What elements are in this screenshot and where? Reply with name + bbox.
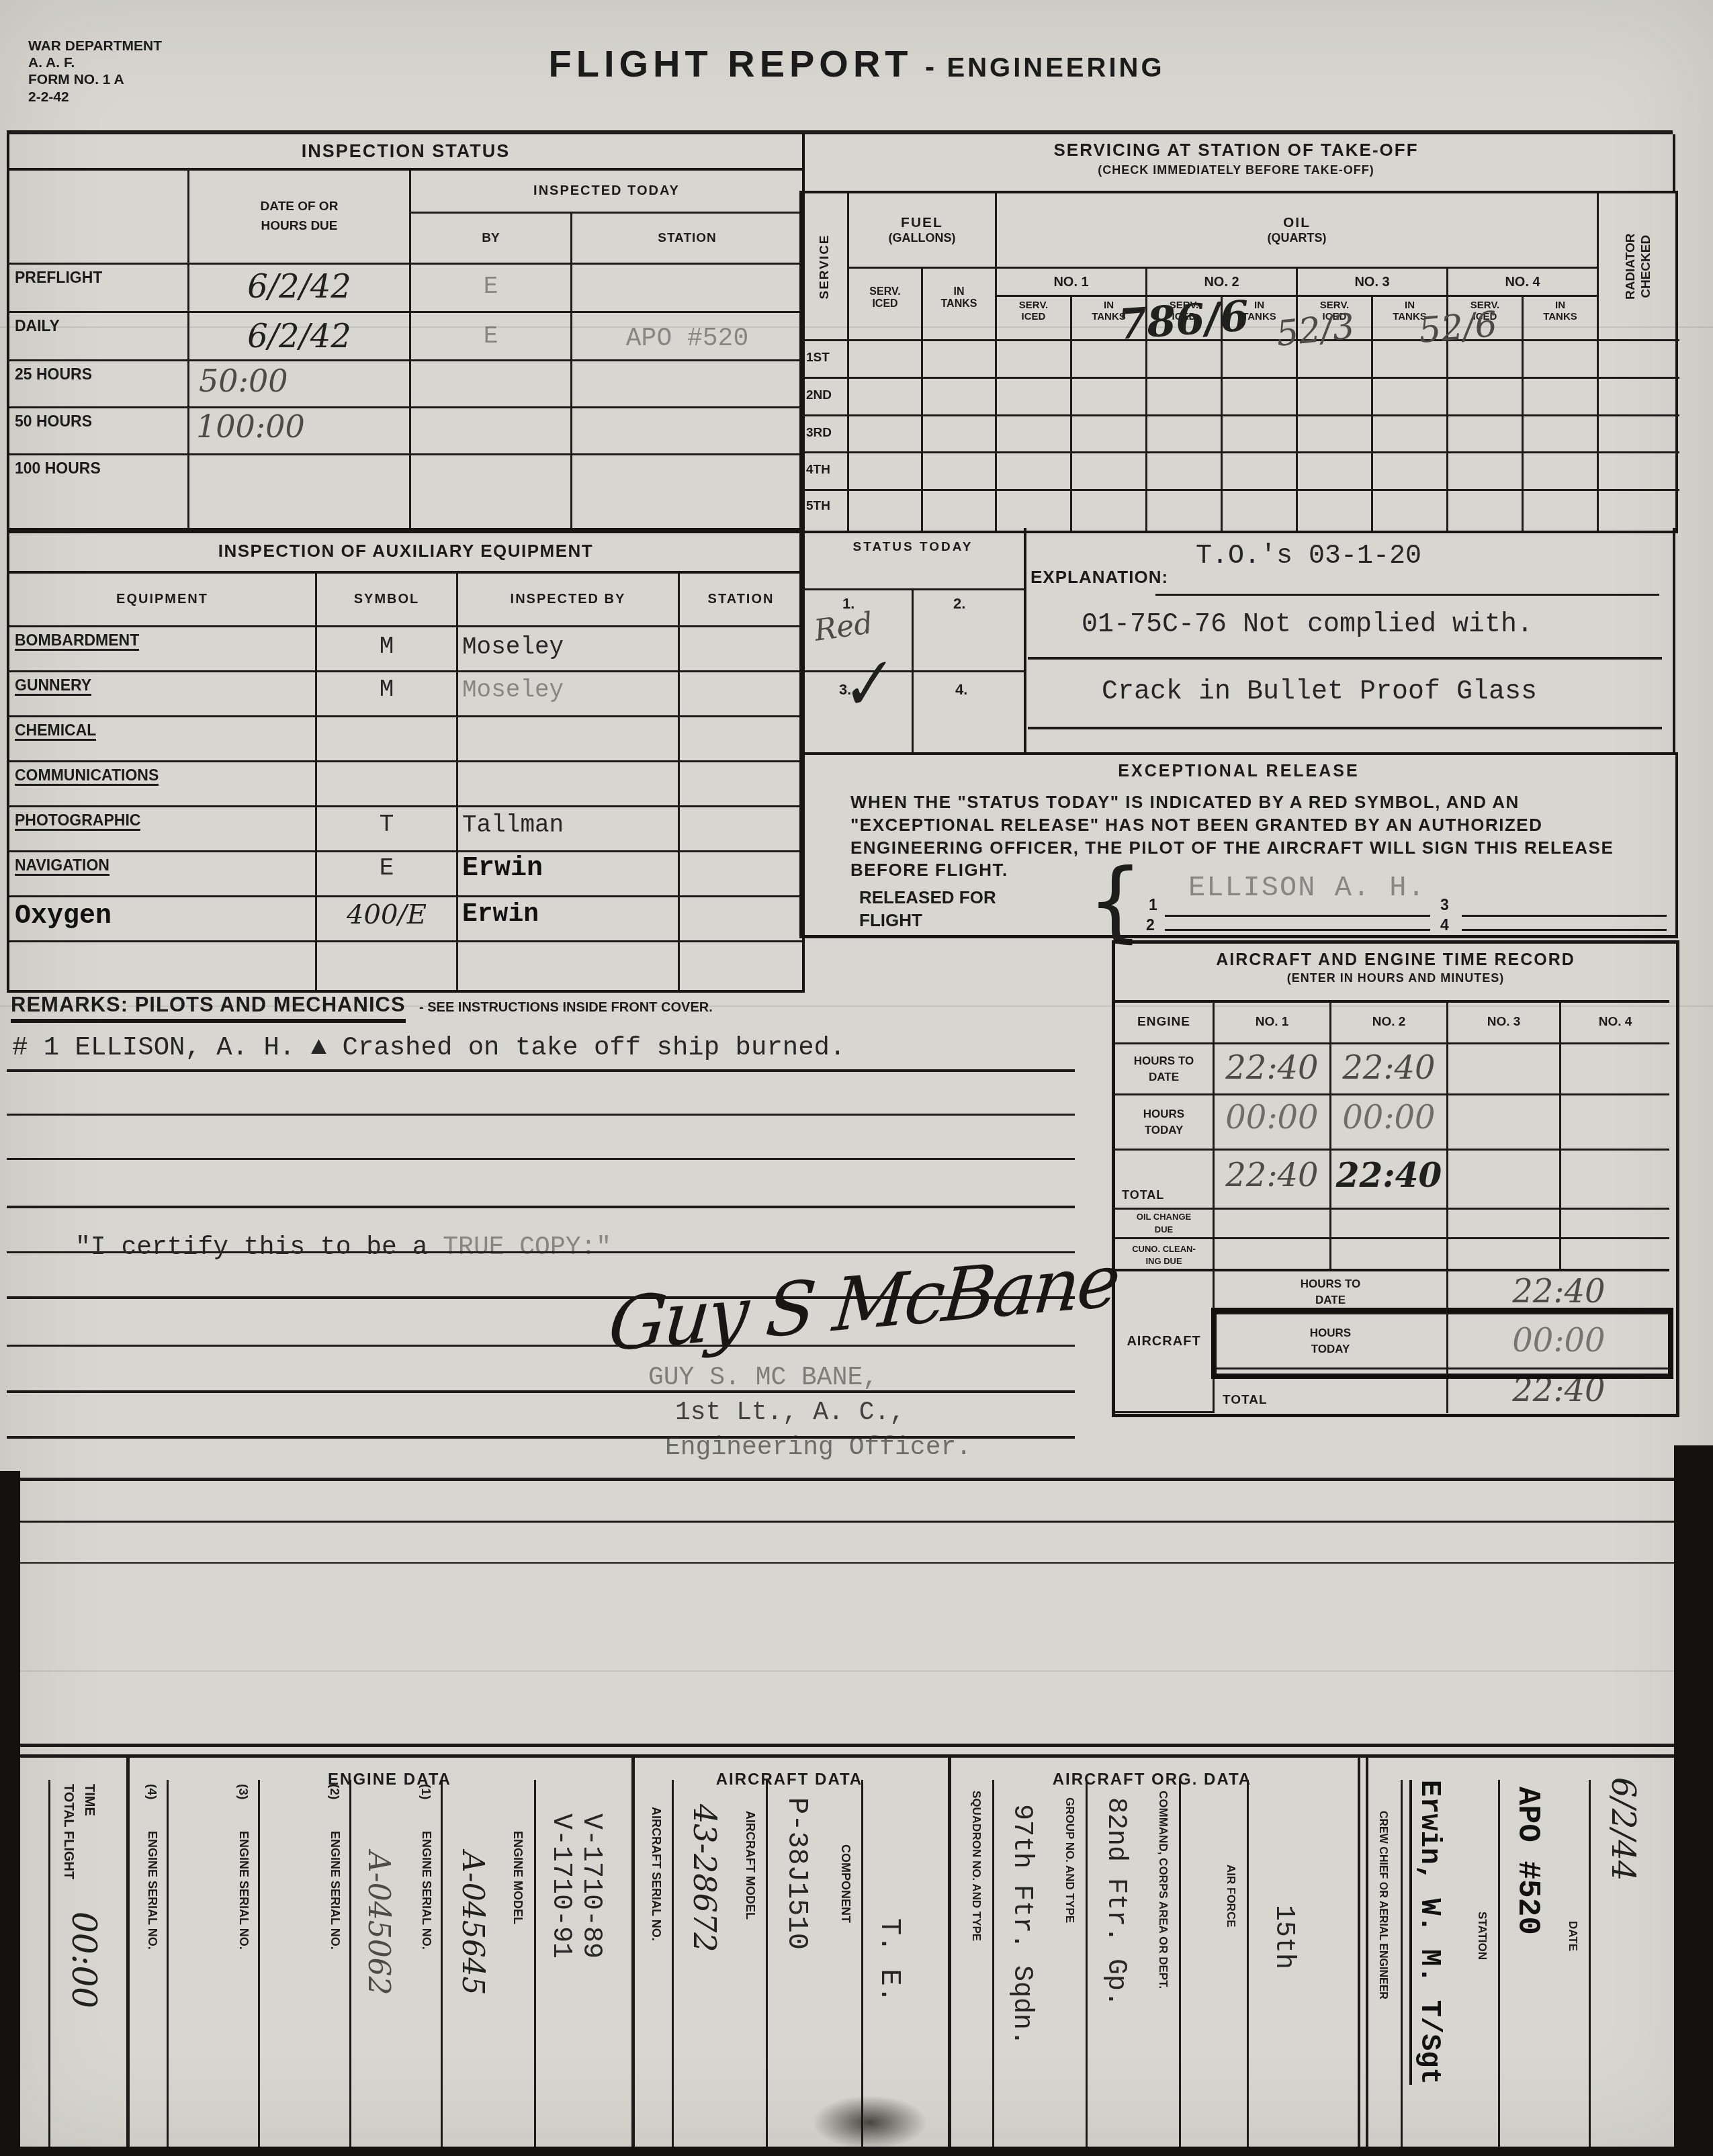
- exceptional-release-title: EXCEPTIONAL RELEASE: [802, 752, 1675, 781]
- equipment-label: GUNNERY: [9, 672, 317, 717]
- aux-equipment-titleband: INSPECTION OF AUXILIARY EQUIPMENT: [7, 528, 805, 574]
- daily-by-value: E: [411, 313, 572, 361]
- servicing-cell: [1147, 491, 1223, 531]
- col-header-station: STATION: [680, 574, 802, 627]
- ruled-line: [7, 1158, 1075, 1160]
- signer-title: Engineering Officer.: [665, 1433, 971, 1462]
- oil-no1-header: NO. 1: [997, 269, 1147, 297]
- col-header-inspected-today: INSPECTED TODAY: [411, 171, 802, 214]
- row-label: HOURS TO DATE: [1115, 1044, 1215, 1095]
- ink-stain: [813, 2096, 927, 2149]
- servicing-cell: [1223, 491, 1298, 531]
- remarks-title: REMARKS: PILOTS AND MECHANICS: [11, 993, 406, 1023]
- empty-cell: [680, 942, 802, 990]
- ht-no2: 00:00: [1331, 1095, 1448, 1151]
- oxygen-symbol: 400/E: [317, 897, 458, 942]
- row-label: PREFLIGHT: [9, 265, 189, 313]
- servicing-cell: [923, 491, 997, 531]
- servicing-cell: [1072, 453, 1147, 491]
- 50hr-due-value: 100:00: [189, 408, 411, 455]
- aircraft-header: AIRCRAFT: [1115, 1271, 1215, 1413]
- oil-no4-header: NO. 4: [1448, 269, 1599, 297]
- servicing-cell: [923, 453, 997, 491]
- 100hr-by-value: [411, 455, 572, 531]
- oil-no3-entry: 52/6: [1417, 304, 1499, 351]
- ht-no3: [1448, 1095, 1561, 1151]
- servicing-cell: [1373, 379, 1448, 416]
- explanation-line3: Crack in Bullet Proof Glass: [1102, 677, 1537, 707]
- chemical-symbol: [317, 717, 458, 762]
- servicing-cell: [1147, 453, 1223, 491]
- sub-serviced: SERV. ICED: [997, 297, 1072, 341]
- stub-rule: [1401, 1780, 1403, 2147]
- ruled-line: [0, 1478, 1713, 1481]
- brace: {: [1088, 857, 1143, 944]
- stub-rule: [1498, 1780, 1500, 2147]
- stub-group-divider: [948, 1758, 951, 2147]
- stub-group-divider: [631, 1758, 635, 2147]
- remarks-header: REMARKS: PILOTS AND MECHANICS - SEE INST…: [11, 993, 713, 1017]
- row-label: OIL CHANGE DUE: [1115, 1210, 1215, 1239]
- servicing-cell: [1524, 379, 1599, 416]
- agency-block: WAR DEPARTMENT A. A. F. FORM NO. 1 A 2-2…: [28, 38, 162, 105]
- servicing-cell: [849, 416, 923, 453]
- communications-by: [458, 762, 680, 807]
- servicing-cell: [1524, 491, 1599, 531]
- equipment-label: NAVIGATION: [9, 852, 317, 897]
- communications-station: [680, 762, 802, 807]
- title-subtitle: ENGINEERING: [947, 53, 1164, 83]
- col-header-station: STATION: [572, 214, 802, 265]
- servicing-cell: [1223, 416, 1298, 453]
- station-label: STATION: [1475, 1912, 1489, 1960]
- ruled-line: [7, 1345, 1075, 1347]
- crew-chief-value: Erwin, W. M. T/Sgt: [1409, 1780, 1446, 2085]
- component-value: T. E.: [873, 1918, 906, 2003]
- service-row-label: 4TH: [802, 453, 849, 491]
- stub-rule: [1179, 1780, 1181, 2147]
- row-label: 25 HOURS: [9, 361, 189, 408]
- servicing-cell: [1373, 416, 1448, 453]
- gunnery-symbol: M: [317, 672, 458, 717]
- release-line4-number: 4: [1440, 916, 1449, 934]
- fuel-no1-intanks-entry: 786/6: [1116, 291, 1251, 349]
- title-dash: -: [925, 51, 934, 83]
- photographic-symbol: T: [317, 807, 458, 852]
- row-label: HOURS TODAY: [1115, 1095, 1215, 1151]
- photographic-by: Tallman: [458, 807, 680, 852]
- row-label: 50 HOURS: [9, 408, 189, 455]
- date-label: DATE: [1566, 1921, 1579, 1951]
- row-label: 100 HOURS: [9, 455, 189, 531]
- col-header-symbol: SYMBOL: [317, 574, 458, 627]
- release-line2-number: 2: [1146, 916, 1155, 934]
- engine1-serial-label: ENGINE SERIAL NO.: [419, 1831, 433, 1950]
- bombardment-station: [680, 627, 802, 672]
- service-row-label: 2ND: [802, 379, 849, 416]
- servicing-cell: [923, 379, 997, 416]
- servicing-cell: [1072, 491, 1147, 531]
- communications-symbol: [317, 762, 458, 807]
- servicing-cell: [923, 341, 997, 379]
- htd-no3: [1448, 1044, 1561, 1095]
- servicing-cell: [997, 453, 1072, 491]
- servicing-table: SERVICE FUEL (GALLONS) OIL (QUARTS) RADI…: [799, 191, 1678, 533]
- servicing-cell: [1147, 341, 1223, 379]
- group-label: GROUP NO. AND TYPE: [1063, 1797, 1076, 1923]
- col-header-equipment: EQUIPMENT: [9, 574, 317, 627]
- section-title: SERVICING AT STATION OF TAKE-OFF: [799, 134, 1673, 161]
- air-force-label: AIR FORCE: [1224, 1865, 1237, 1928]
- 25hr-by-value: [411, 361, 572, 408]
- form-number: FORM NO. 1 A: [28, 71, 162, 88]
- ruled-line: [7, 1069, 1075, 1072]
- empty-cell: [458, 942, 680, 990]
- cuno-no3: [1448, 1239, 1561, 1271]
- servicing-cell: [997, 341, 1072, 379]
- htd-no2: 22:40: [1331, 1044, 1448, 1095]
- service-row-label: 1ST: [802, 341, 849, 379]
- writing-line: [1028, 657, 1662, 660]
- ruled-line: [7, 1390, 1075, 1393]
- explanation-line1: T.O.'s 03-1-20: [1196, 541, 1421, 572]
- fuel-intanks-header: IN TANKS: [923, 269, 997, 341]
- servicing-cell: [1448, 379, 1524, 416]
- 100hr-station-value: [572, 455, 802, 531]
- cuno-no4: [1561, 1239, 1669, 1271]
- stub-rule: [258, 1780, 260, 2147]
- servicing-cell: [1599, 341, 1679, 379]
- servicing-cell: [1524, 416, 1599, 453]
- navigation-station: [680, 852, 802, 897]
- oil-change-no1: [1215, 1210, 1331, 1239]
- empty-cell: [317, 942, 458, 990]
- agency-line: A. A. F.: [28, 54, 162, 71]
- release-line3-number: 3: [1440, 896, 1449, 914]
- servicing-cell: [1524, 453, 1599, 491]
- empty-cell: [9, 942, 317, 990]
- title-main: FLIGHT REPORT: [548, 42, 912, 85]
- stub-group-divider: [126, 1758, 130, 2147]
- scan-left-edge: [0, 1471, 20, 2156]
- status-today-title: STATUS TODAY: [846, 537, 980, 557]
- section-title: INSPECTION OF AUXILIARY EQUIPMENT: [9, 531, 802, 562]
- aux-equipment-table: EQUIPMENT SYMBOL INSPECTED BY STATION BO…: [7, 571, 805, 993]
- total-flight-time-label: TOTAL FLIGHT TIME: [58, 1784, 99, 1912]
- writing-line: [1155, 594, 1659, 596]
- total-no1: 22:40: [1215, 1151, 1331, 1210]
- servicing-cell: [997, 379, 1072, 416]
- stub-rule: [1086, 1780, 1088, 2147]
- servicing-cell: [1599, 416, 1679, 453]
- servicing-cell: [1298, 379, 1373, 416]
- engine-model-line: V-1710-91: [545, 1813, 576, 1959]
- oil-change-no2: [1331, 1210, 1448, 1239]
- stub-rule: [167, 1780, 169, 2147]
- exceptional-release-box: EXCEPTIONAL RELEASE WHEN THE "STATUS TOD…: [799, 752, 1678, 938]
- signature-line: [1165, 929, 1430, 931]
- stub-rule: [766, 1780, 768, 2147]
- engine-model-values: V-1710-91 V-1710-89: [545, 1813, 606, 1959]
- engine-time-grid: ENGINE NO. 1 NO. 2 NO. 3 NO. 4 HOURS TO …: [1115, 1000, 1669, 1271]
- col-header-by: BY: [411, 214, 572, 265]
- inspection-status-titleband: INSPECTION STATUS: [7, 134, 805, 168]
- squadron-label: SQUADRON NO. AND TYPE: [969, 1791, 983, 1941]
- servicing-cell: [997, 416, 1072, 453]
- htd-no1: 22:40: [1215, 1044, 1331, 1095]
- squadron-value: 97th Ftr. Sqdn.: [1006, 1804, 1037, 2046]
- cuno-no1: [1215, 1239, 1331, 1271]
- engine-model-label: ENGINE MODEL: [511, 1831, 525, 1924]
- total-no4: [1561, 1151, 1669, 1210]
- explanation-line2: 01-75C-76 Not complied with.: [1082, 610, 1533, 640]
- service-row-label: 3RD: [802, 416, 849, 453]
- equipment-label-typed: Oxygen: [9, 897, 317, 942]
- engine-header: ENGINE: [1115, 1003, 1215, 1044]
- row-label: DAILY: [9, 313, 189, 361]
- servicing-cell: [1373, 453, 1448, 491]
- released-for-flight-label: RELEASED FOR FLIGHT: [859, 887, 1020, 932]
- servicing-cell: [1448, 491, 1524, 531]
- gunnery-by: Moseley: [458, 672, 680, 717]
- total-no3: [1448, 1151, 1561, 1210]
- 25hr-station-value: [572, 361, 802, 408]
- fold-line: [0, 1670, 1713, 1672]
- col-no1: NO. 1: [1215, 1003, 1331, 1044]
- hours-today-heavy-box: [1211, 1308, 1673, 1379]
- oil-no2-entry: 52/3: [1274, 306, 1356, 355]
- bombardment-symbol: M: [317, 627, 458, 672]
- remarks-note: - SEE INSTRUCTIONS INSIDE FRONT COVER.: [419, 1000, 713, 1015]
- equipment-label: COMMUNICATIONS: [9, 762, 317, 807]
- flight-report-form-scan: WAR DEPARTMENT A. A. F. FORM NO. 1 A 2-2…: [0, 0, 1713, 2156]
- signer-rank: 1st Lt., A. C.,: [675, 1398, 905, 1427]
- stub-rule: [534, 1780, 536, 2147]
- time-record-box: AIRCRAFT AND ENGINE TIME RECORD (ENTER I…: [1112, 940, 1679, 1417]
- preflight-by-value: E: [411, 265, 572, 313]
- chemical-by: [458, 717, 680, 762]
- aircraft-serial-label: AIRCRAFT SERIAL NO.: [649, 1807, 663, 1941]
- total-no2: 22:40: [1331, 1151, 1448, 1210]
- servicing-cell: [1147, 379, 1223, 416]
- aircraft-serial-value: 43-28672: [687, 1804, 723, 1952]
- engine2-num: (2): [326, 1784, 341, 1799]
- servicing-cell: [1298, 491, 1373, 531]
- explanation-label: EXPLANATION:: [1030, 567, 1168, 588]
- servicing-cell: [1448, 416, 1524, 453]
- 25hr-due-value: 50:00: [189, 361, 411, 408]
- scan-right-edge: [1674, 1445, 1713, 2156]
- station-value: APO #520: [1510, 1787, 1545, 1935]
- empty-cell: [9, 171, 189, 265]
- page-title: FLIGHT REPORT - ENGINEERING: [437, 42, 1276, 85]
- equipment-label: CHEMICAL: [9, 717, 317, 762]
- stub-rule: [1589, 1780, 1591, 2147]
- ht-no4: [1561, 1095, 1669, 1151]
- section-subtitle: (CHECK IMMEDIATELY BEFORE TAKE-OFF): [799, 161, 1673, 177]
- ruled-line: [0, 1562, 1713, 1564]
- certify-line: "I certify this to be a TRUE COPY:": [75, 1233, 611, 1262]
- servicing-cell: [1373, 491, 1448, 531]
- service-row-label: 5TH: [802, 491, 849, 531]
- fuel-header: FUEL (GALLONS): [849, 193, 997, 269]
- status-entry-red: Red: [812, 606, 875, 648]
- explanation-box: EXPLANATION: T.O.'s 03-1-20 01-75C-76 No…: [1021, 528, 1675, 755]
- fold-line: [0, 326, 1713, 328]
- ruled-line: [0, 1521, 1713, 1523]
- stub-rule: [1247, 1780, 1249, 2147]
- row-label: CUNO. CLEAN-ING DUE: [1115, 1239, 1215, 1271]
- aircraft-model-label: AIRCRAFT MODEL: [743, 1811, 757, 1920]
- ruled-line: [7, 1206, 1075, 1208]
- group-value: 82nd Ftr. Gp.: [1100, 1797, 1131, 2007]
- row-label: TOTAL: [1115, 1151, 1215, 1210]
- section-title: INSPECTION STATUS: [9, 134, 802, 162]
- exceptional-release-body: WHEN THE "STATUS TODAY" IS INDICATED BY …: [850, 791, 1630, 882]
- 50hr-by-value: [411, 408, 572, 455]
- equipment-label: BOMBARDMENT: [9, 627, 317, 672]
- preflight-due-value: 6/2/42: [189, 265, 411, 313]
- signer-name: GUY S. MC BANE,: [648, 1363, 878, 1392]
- status-cell-4: 4.: [955, 681, 967, 699]
- oil-no3-header: NO. 3: [1298, 269, 1448, 297]
- stub-group-divider: [1366, 1758, 1368, 2147]
- fold-line: [0, 1005, 1713, 1007]
- aircraft-data-header: AIRCRAFT DATA: [642, 1770, 937, 1789]
- sub-intanks: IN TANKS: [1524, 297, 1599, 341]
- remarks-entry: # 1 ELLISON, A. H. ▲ Crashed on take off…: [12, 1033, 845, 1063]
- oxygen-station: [680, 897, 802, 942]
- servicing-cell: [1599, 453, 1679, 491]
- daily-station-value: APO #520: [572, 313, 802, 361]
- time-record-subtitle: (ENTER IN HOURS AND MINUTES): [1115, 970, 1676, 985]
- servicing-cell: [1448, 453, 1524, 491]
- aircraft-model-value: P-38J1510: [781, 1797, 813, 1950]
- engine1-serial-value: A-045645: [455, 1851, 490, 1995]
- oxygen-by: Erwin: [458, 897, 680, 942]
- servicing-cell: [1223, 379, 1298, 416]
- date-value: 6/2/44: [1604, 1777, 1642, 1881]
- oil-change-no4: [1561, 1210, 1669, 1239]
- servicing-cell: [1599, 379, 1679, 416]
- signature-line: [1462, 929, 1667, 931]
- servicing-cell: [1147, 416, 1223, 453]
- engine3-serial-label: ENGINE SERIAL NO.: [236, 1831, 251, 1950]
- form-date: 2-2-42: [28, 89, 162, 105]
- ht-no1: 00:00: [1215, 1095, 1331, 1151]
- col-header-due: DATE OF OR HOURS DUE: [189, 171, 411, 265]
- stub-top-rule: [20, 1744, 1674, 1747]
- service-vertical-header: SERVICE: [802, 193, 849, 341]
- servicing-cell: [1298, 453, 1373, 491]
- col-no4: NO. 4: [1561, 1003, 1669, 1044]
- engine3-num: (3): [235, 1784, 250, 1799]
- htd-no4: [1561, 1044, 1669, 1095]
- ruled-line: [7, 1114, 1075, 1116]
- signature-handwritten: Guy S McBane: [605, 1239, 1121, 1368]
- fuel-serviced-header: SERV. ICED: [849, 269, 923, 341]
- stub-rule: [672, 1780, 674, 2147]
- servicing-cell: [849, 453, 923, 491]
- servicing-cell: [1298, 416, 1373, 453]
- servicing-cell: [923, 416, 997, 453]
- stub-top-rule: [20, 1754, 1674, 1758]
- agency-line: WAR DEPARTMENT: [28, 38, 162, 54]
- col-no2: NO. 2: [1331, 1003, 1448, 1044]
- signature-line: [1165, 915, 1430, 917]
- stub-rule: [48, 1780, 50, 2147]
- servicing-cell: [1072, 416, 1147, 453]
- servicing-cell: [997, 491, 1072, 531]
- stub-group-divider: [1358, 1758, 1360, 2147]
- engine4-serial-label: ENGINE SERIAL NO.: [145, 1831, 159, 1950]
- command-label: COMMAND, CORPS AREA OR DEPT.: [1156, 1791, 1170, 1989]
- servicing-titleband: SERVICING AT STATION OF TAKE-OFF (CHECK …: [799, 134, 1675, 191]
- release-signature-1: ELLISON A. H.: [1188, 872, 1426, 904]
- time-record-title: AIRCRAFT AND ENGINE TIME RECORD: [1115, 944, 1676, 970]
- stub-rule: [861, 1780, 863, 2147]
- gunnery-station: [680, 672, 802, 717]
- servicing-cell: [1524, 341, 1599, 379]
- servicing-cell: [1072, 379, 1147, 416]
- status-entry-mark: ✓: [830, 643, 898, 727]
- equipment-label: PHOTOGRAPHIC: [9, 807, 317, 852]
- cuno-no2: [1331, 1239, 1448, 1271]
- servicing-cell: [849, 341, 923, 379]
- engine1-num: (1): [418, 1784, 433, 1799]
- aircraft-org-data-header: AIRCRAFT ORG. DATA: [961, 1770, 1344, 1789]
- photographic-station: [680, 807, 802, 852]
- stub-rule: [349, 1780, 351, 2147]
- servicing-cell: [849, 491, 923, 531]
- engine4-num: (4): [144, 1784, 159, 1799]
- chemical-station: [680, 717, 802, 762]
- col-no3: NO. 3: [1448, 1003, 1561, 1044]
- status-today-box: STATUS TODAY 1. 2. 3. 4. Red ✓: [799, 528, 1026, 755]
- radiator-vertical-header: RADIATOR CHECKED: [1599, 193, 1679, 341]
- inspection-status-table: DATE OF OR HOURS DUE INSPECTED TODAY BY …: [7, 168, 805, 533]
- status-cell-2: 2.: [953, 595, 965, 613]
- navigation-symbol: E: [317, 852, 458, 897]
- bombardment-by: Moseley: [458, 627, 680, 672]
- preflight-station-value: [572, 265, 802, 313]
- daily-due-value: 6/2/42: [189, 313, 411, 361]
- writing-line: [1028, 727, 1662, 729]
- servicing-cell: [1599, 491, 1679, 531]
- total-flight-time-value: 00:00: [64, 1912, 103, 2008]
- stub-rule: [992, 1780, 994, 2147]
- navigation-by: Erwin: [458, 852, 680, 897]
- engine2-serial-label: ENGINE SERIAL NO.: [328, 1831, 342, 1950]
- engine2-serial-value: A-045062: [361, 1851, 396, 1995]
- engine-model-line: V-1710-89: [576, 1813, 606, 1959]
- col-header-inspected-by: INSPECTED BY: [458, 574, 680, 627]
- oil-header: OIL (QUARTS): [997, 193, 1599, 269]
- stub-rule: [441, 1780, 443, 2147]
- 50hr-station-value: [572, 408, 802, 455]
- signature-line: [1462, 915, 1667, 917]
- component-label: COMPONENT: [838, 1844, 852, 1923]
- crew-chief-label: CREW CHIEF OR AERIAL ENGINEER: [1376, 1811, 1389, 2000]
- servicing-cell: [1223, 453, 1298, 491]
- release-line1-number: 1: [1149, 896, 1157, 914]
- air-force-value: 15th: [1268, 1905, 1299, 1969]
- oil-change-no3: [1448, 1210, 1561, 1239]
- servicing-cell: [849, 379, 923, 416]
- 100hr-due-value: [189, 455, 411, 531]
